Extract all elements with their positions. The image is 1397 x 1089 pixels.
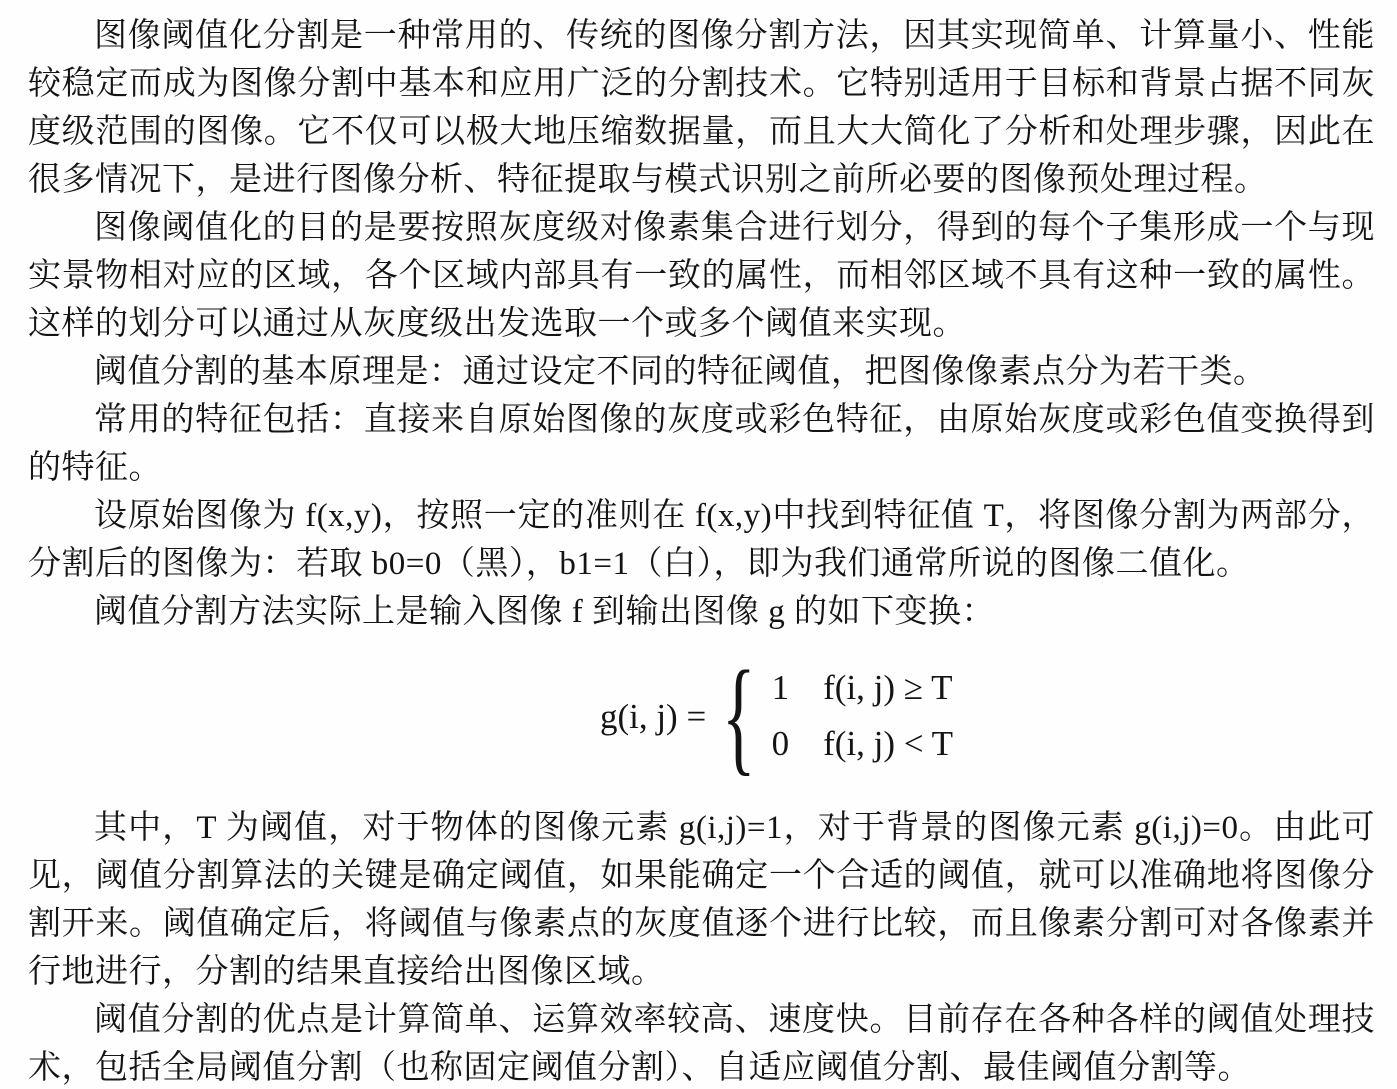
- paragraph-basic-principle: 阈值分割的基本原理是：通过设定不同的特征阈值，把图像像素点分为若干类。: [28, 348, 1375, 396]
- document-body: 图像阈值化分割是一种常用的、传统的图像分割方法，因其实现简单、计算量小、性能较稳…: [28, 12, 1375, 1089]
- formula-lhs: g(i, j) =: [600, 699, 706, 734]
- formula-cases: 1 f(i, j) ≥ T 0 f(i, j) < T: [772, 669, 953, 764]
- paragraph-intro: 图像阈值化分割是一种常用的、传统的图像分割方法，因其实现简单、计算量小、性能较稳…: [28, 12, 1375, 204]
- case-condition: f(i, j) < T: [823, 725, 953, 764]
- formula-case-background: 0 f(i, j) < T: [772, 725, 953, 764]
- paragraph-binarization: 设原始图像为 f(x,y)，按照一定的准则在 f(x,y)中找到特征值 T，将图…: [28, 492, 1375, 588]
- threshold-transform-formula: g(i, j) = { 1 f(i, j) ≥ T 0 f(i, j) < T: [28, 652, 1375, 780]
- paragraph-threshold-key: 其中，T 为阈值，对于物体的图像元素 g(i,j)=1，对于背景的图像元素 g(…: [28, 804, 1375, 996]
- case-value: 1: [772, 669, 790, 708]
- paragraph-common-features: 常用的特征包括：直接来自原始图像的灰度或彩色特征，由原始灰度或彩色值变换得到的特…: [28, 396, 1375, 492]
- formula-case-foreground: 1 f(i, j) ≥ T: [772, 669, 953, 708]
- left-brace-glyph: {: [722, 652, 756, 780]
- case-condition: f(i, j) ≥ T: [823, 669, 952, 708]
- case-value: 0: [772, 725, 790, 764]
- paragraph-advantages: 阈值分割的优点是计算简单、运算效率较高、速度快。目前存在各种各样的阈值处理技术，…: [28, 996, 1375, 1089]
- document-page: 图像阈值化分割是一种常用的、传统的图像分割方法，因其实现简单、计算量小、性能较稳…: [0, 0, 1397, 1089]
- paragraph-purpose: 图像阈值化的目的是要按照灰度级对像素集合进行划分，得到的每个子集形成一个与现实景…: [28, 204, 1375, 348]
- paragraph-transform-intro: 阈值分割方法实际上是输入图像 f 到输出图像 g 的如下变换：: [28, 588, 1375, 636]
